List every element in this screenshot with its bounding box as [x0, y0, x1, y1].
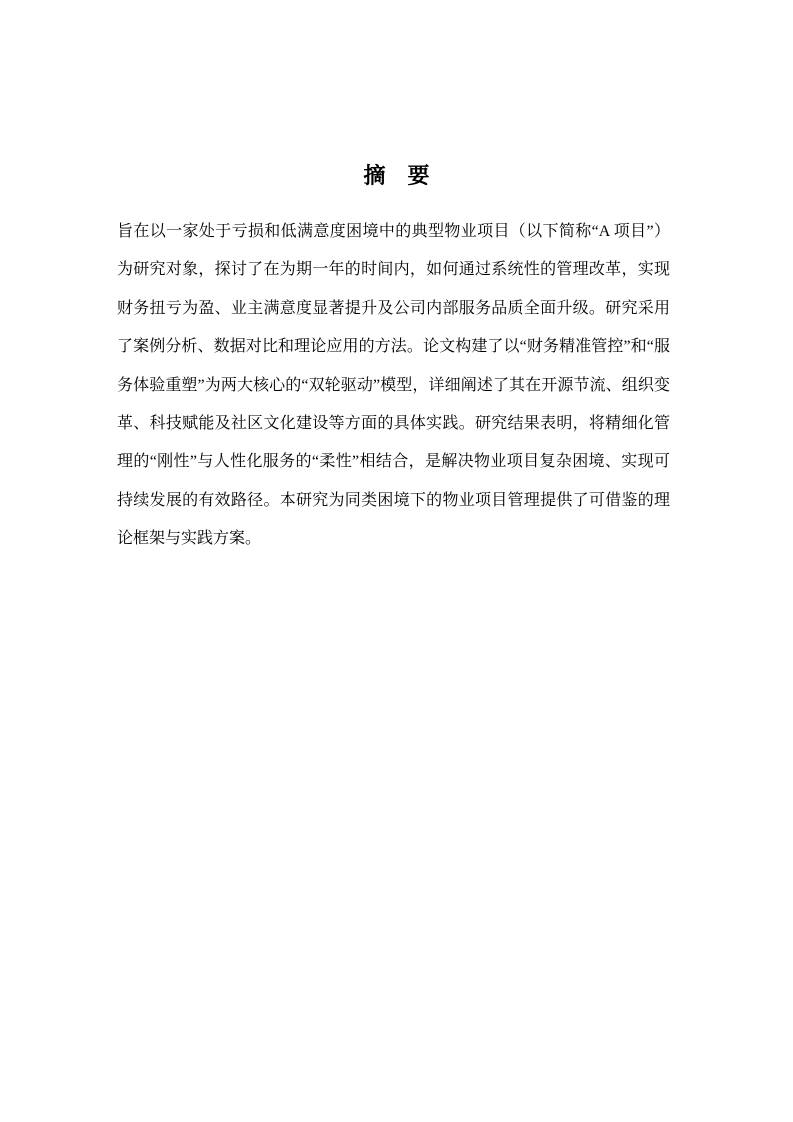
abstract-paragraph: 旨在以一家处于亏损和低满意度困境中的典型物业项目（以下简称“A 项目”）为研究对…: [117, 213, 670, 559]
abstract-title: 摘 要: [0, 161, 793, 191]
document-page: 摘 要 旨在以一家处于亏损和低满意度困境中的典型物业项目（以下简称“A 项目”）…: [0, 0, 793, 1122]
